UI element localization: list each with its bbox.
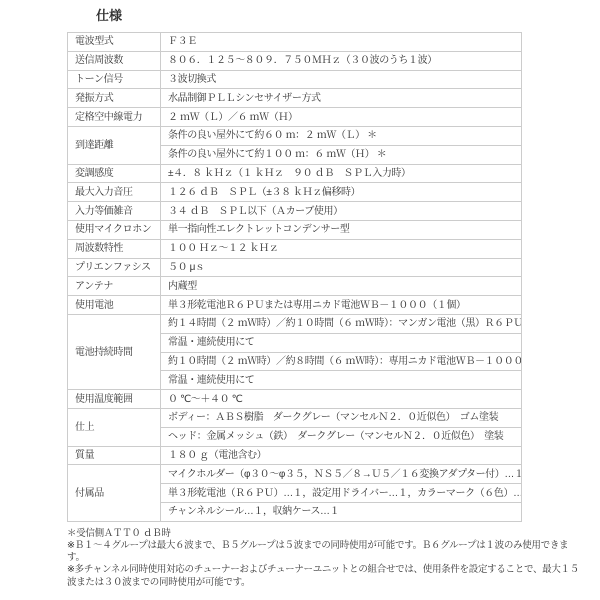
spec-row-label: 変調感度 [68, 164, 161, 183]
spec-row-label: 仕上 [68, 408, 161, 446]
spec-row-label: 発振方式 [68, 89, 161, 108]
spec-row-value: 約１４時間（２ ｍＷ時）／約１０時間（６ ｍＷ時）：マンガン電池（黒）Ｒ６ＰＵ [161, 314, 522, 333]
footnote-line: ※多チャンネル同時使用対応のチューナーおよびチューナーユニットとの組合せでは、使… [67, 564, 579, 588]
spec-page: 仕様 電波型式 Ｆ３Ｅ 送信周波数 ８０６．１２５～８０９．７５０ＭＨｚ（３０波… [67, 6, 582, 589]
spec-row-value: ５０ μｓ [161, 258, 522, 277]
spec-row-label: 質量 [68, 446, 161, 465]
footnote-line: ※Ｂ１～４グループは最大６波まで、Ｂ５グループは５波までの同時使用が可能です。Ｂ… [67, 540, 579, 564]
table-row: 付属品 マイクホルダー（φ３０～φ３５，ＮＳ５／８→Ｕ５／１６変換アダプター付）… [68, 465, 522, 484]
spec-row-label: 入力等価雑音 [68, 202, 161, 221]
spec-row-value: 条件の良い屋外にて約１００ ｍ：６ ｍＷ（Ｈ） ＊ [161, 145, 522, 164]
spec-row-label: 周波数特性 [68, 239, 161, 258]
spec-row-value: 単３形乾電池（Ｒ６ＰＵ）…１，設定用ドライバー…１，カラーマーク（６色）…１， [161, 484, 522, 503]
spec-row-label: 送信周波数 [68, 51, 161, 70]
spec-row-value: Ｆ３Ｅ [161, 33, 522, 52]
spec-row-label: 定格空中線電力 [68, 108, 161, 127]
spec-row-label: トーン信号 [68, 70, 161, 89]
spec-row-value: ３４ ｄＢ ＳＰＬ以下（Ａカーブ使用） [161, 202, 522, 221]
table-row: 周波数特性 １００ Ｈｚ～１２ ｋＨｚ [68, 239, 522, 258]
table-row: 質量 １８０ ｇ（電池含む） [68, 446, 522, 465]
spec-row-value: ±４．８ ｋＨｚ（１ ｋＨｚ ９０ ｄＢ ＳＰＬ入力時） [161, 164, 522, 183]
spec-row-value: 常温・連続使用にて [161, 333, 522, 352]
spec-row-label: 使用電池 [68, 296, 161, 315]
table-row: 最大入力音圧 １２６ ｄＢ ＳＰＬ（±３８ ｋＨｚ偏移時） [68, 183, 522, 202]
table-row: 使用温度範囲 ０ ℃～＋４０ ℃ [68, 390, 522, 409]
table-row: 電波型式 Ｆ３Ｅ [68, 33, 522, 52]
spec-row-value: ２ ｍＷ（Ｌ）／６ ｍＷ（Ｈ） [161, 108, 522, 127]
spec-row-value: 単一指向性エレクトレットコンデンサー型 [161, 220, 522, 239]
spec-row-value: 常温・連続使用にて [161, 371, 522, 390]
spec-row-label: 使用温度範囲 [68, 390, 161, 409]
spec-row-label: 付属品 [68, 465, 161, 521]
spec-row-value: マイクホルダー（φ３０～φ３５，ＮＳ５／８→Ｕ５／１６変換アダプター付）…１， [161, 465, 522, 484]
spec-row-label: プリエンファシス [68, 258, 161, 277]
spec-row-value: ボディー：ＡＢＳ樹脂 ダークグレー（マンセルＮ２．０近似色） ゴム塗装 [161, 408, 522, 427]
spec-row-value: 単３形乾電池Ｒ６ＰＵまたは専用ニカド電池ＷＢ－１０００（１個） [161, 296, 522, 315]
spec-row-value: １００ Ｈｚ～１２ ｋＨｚ [161, 239, 522, 258]
spec-row-value: １２６ ｄＢ ＳＰＬ（±３８ ｋＨｚ偏移時） [161, 183, 522, 202]
page-title: 仕様 [96, 9, 582, 22]
spec-row-label: 電池持続時間 [68, 314, 161, 389]
table-row: アンテナ 内蔵型 [68, 277, 522, 296]
spec-row-value: ０ ℃～＋４０ ℃ [161, 390, 522, 409]
table-row: 送信周波数 ８０６．１２５～８０９．７５０ＭＨｚ（３０波のうち１波） [68, 51, 522, 70]
table-row: 使用マイクロホン 単一指向性エレクトレットコンデンサー型 [68, 220, 522, 239]
spec-row-label: 到達距離 [68, 126, 161, 164]
spec-row-label: 使用マイクロホン [68, 220, 161, 239]
spec-table: 電波型式 Ｆ３Ｅ 送信周波数 ８０６．１２５～８０９．７５０ＭＨｚ（３０波のうち… [67, 32, 522, 522]
spec-row-value: 内蔵型 [161, 277, 522, 296]
table-row: 到達距離 条件の良い屋外にて約６０ ｍ：２ ｍＷ（Ｌ） ＊ [68, 126, 522, 145]
spec-row-label: 最大入力音圧 [68, 183, 161, 202]
spec-row-label: 電波型式 [68, 33, 161, 52]
table-row: プリエンファシス ５０ μｓ [68, 258, 522, 277]
table-row: 使用電池 単３形乾電池Ｒ６ＰＵまたは専用ニカド電池ＷＢ－１０００（１個） [68, 296, 522, 315]
spec-row-value: ３波切換式 [161, 70, 522, 89]
spec-row-value: 条件の良い屋外にて約６０ ｍ：２ ｍＷ（Ｌ） ＊ [161, 126, 522, 145]
spec-row-value: 水晶制御ＰＬＬシンセサイザー方式 [161, 89, 522, 108]
spec-row-value: ８０６．１２５～８０９．７５０ＭＨｚ（３０波のうち１波） [161, 51, 522, 70]
spec-row-value: チャンネルシール…１，収納ケース…１ [161, 502, 522, 521]
table-row: 定格空中線電力 ２ ｍＷ（Ｌ）／６ ｍＷ（Ｈ） [68, 108, 522, 127]
table-row: 電池持続時間 約１４時間（２ ｍＷ時）／約１０時間（６ ｍＷ時）：マンガン電池（… [68, 314, 522, 333]
footnote-line: ＊受信側ＡＴＴ０ ｄＢ時 [67, 528, 579, 540]
table-row: 変調感度 ±４．８ ｋＨｚ（１ ｋＨｚ ９０ ｄＢ ＳＰＬ入力時） [68, 164, 522, 183]
spec-row-value: １８０ ｇ（電池含む） [161, 446, 522, 465]
footnotes: ＊受信側ＡＴＴ０ ｄＢ時 ※Ｂ１～４グループは最大６波まで、Ｂ５グループは５波ま… [67, 528, 579, 589]
table-row: 仕上 ボディー：ＡＢＳ樹脂 ダークグレー（マンセルＮ２．０近似色） ゴム塗装 [68, 408, 522, 427]
spec-row-value: 約１０時間（２ ｍＷ時）／約８時間（６ ｍＷ時）：専用ニカド電池ＷＢ－１０００ [161, 352, 522, 371]
table-row: 入力等価雑音 ３４ ｄＢ ＳＰＬ以下（Ａカーブ使用） [68, 202, 522, 221]
spec-row-value: ヘッド：金属メッシュ（鉄） ダークグレー（マンセルＮ２．０近似色） 塗装 [161, 427, 522, 446]
spec-row-label: アンテナ [68, 277, 161, 296]
table-row: トーン信号 ３波切換式 [68, 70, 522, 89]
table-row: 発振方式 水晶制御ＰＬＬシンセサイザー方式 [68, 89, 522, 108]
